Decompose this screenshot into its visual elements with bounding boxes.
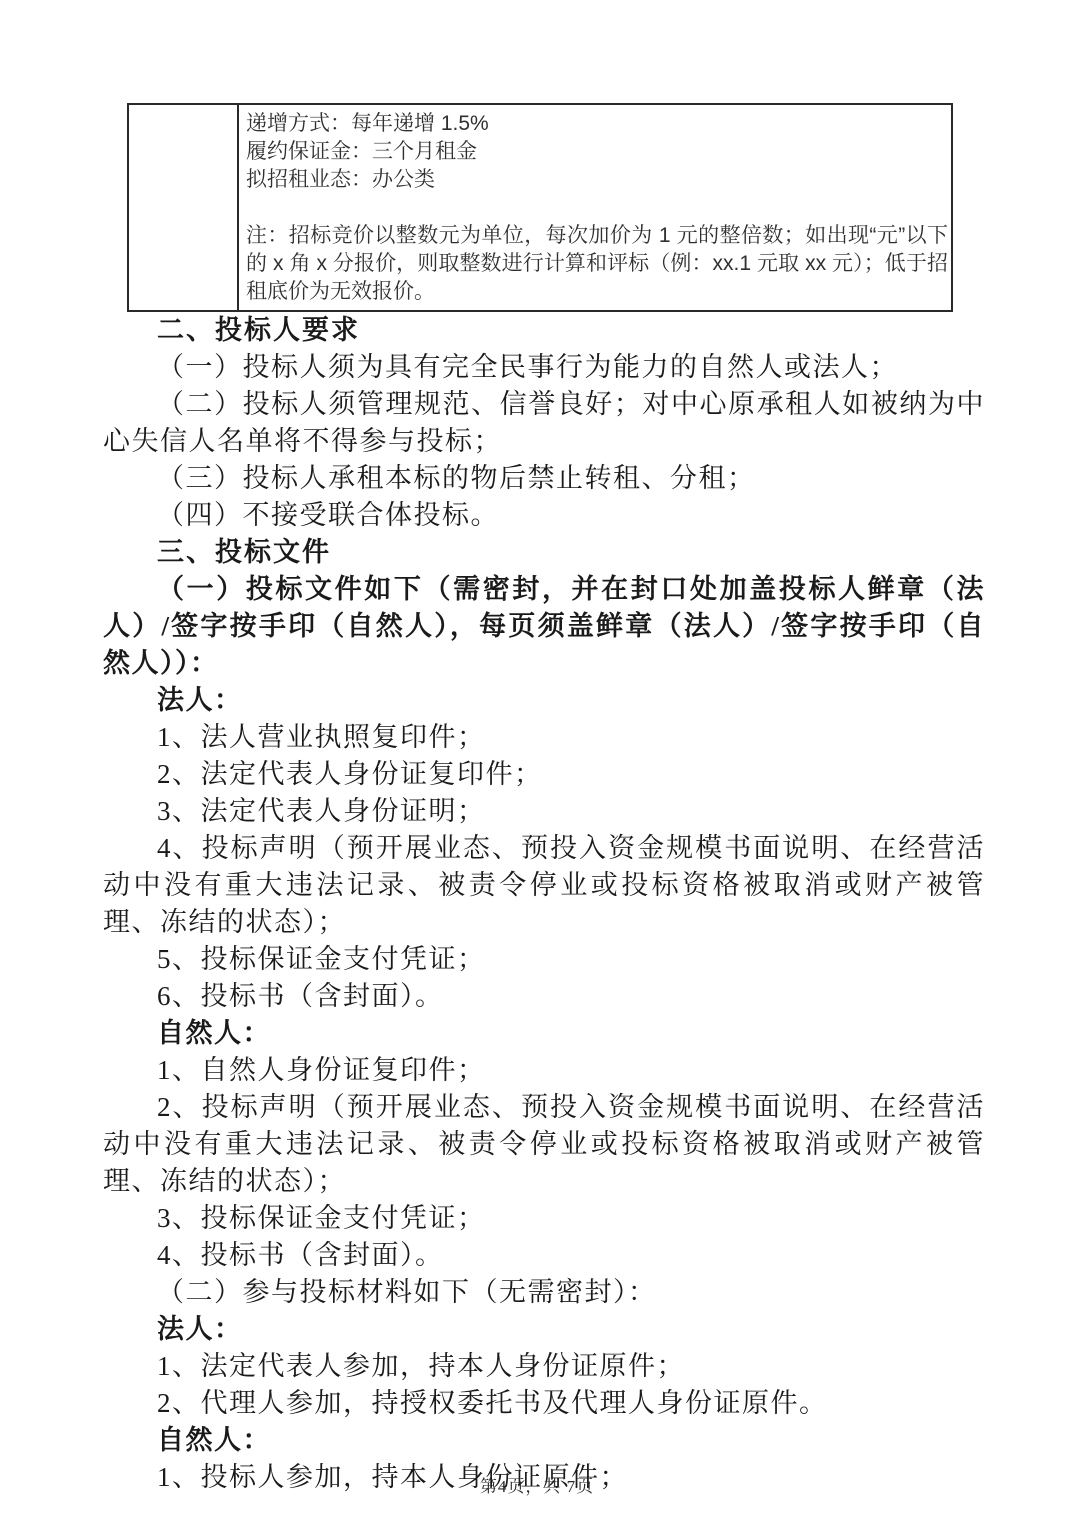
document-body: 二、投标人要求（一）投标人须为具有完全民事行为能力的自然人或法人；（二）投标人须… (103, 312, 985, 1496)
paragraph: 自然人： (103, 1015, 985, 1052)
table-term-lines: 递增方式：每年递增 1.5%履约保证金：三个月租金拟招租业态：办公类 (246, 110, 948, 194)
section-heading: 二、投标人要求 (103, 312, 985, 349)
table-term-line: 递增方式：每年递增 1.5% (246, 110, 948, 138)
table-cell-empty (128, 104, 238, 311)
paragraph: （四）不接受联合体投标。 (103, 497, 985, 534)
paragraph: 6、投标书（含封面）。 (103, 978, 985, 1015)
paragraph: 1、自然人身份证复印件； (103, 1052, 985, 1089)
paragraph: （二）投标人须管理规范、信誉良好；对中心原承租人如被纳为中心失信人名单将不得参与… (103, 386, 985, 460)
paragraph: （一）投标文件如下（需密封，并在封口处加盖投标人鲜章（法人）/签字按手印（自然人… (103, 571, 985, 682)
paragraph: 4、投标声明（预开展业态、预投入资金规模书面说明、在经营活动中没有重大违法记录、… (103, 830, 985, 941)
table-cell-terms: 递增方式：每年递增 1.5%履约保证金：三个月租金拟招租业态：办公类 注：招标竞… (238, 104, 952, 311)
paragraph: 2、代理人参加，持授权委托书及代理人身份证原件。 (103, 1385, 985, 1422)
section-heading: 三、投标文件 (103, 534, 985, 571)
paragraph: 2、法定代表人身份证复印件； (103, 756, 985, 793)
paragraph: 3、投标保证金支付凭证； (103, 1200, 985, 1237)
paragraph: 法人： (103, 1311, 985, 1348)
paragraph: 4、投标书（含封面）。 (103, 1237, 985, 1274)
paragraph: 2、投标声明（预开展业态、预投入资金规模书面说明、在经营活动中没有重大违法记录、… (103, 1089, 985, 1200)
lease-terms-table: 递增方式：每年递增 1.5%履约保证金：三个月租金拟招租业态：办公类 注：招标竞… (127, 103, 953, 312)
paragraph: （三）投标人承租本标的物后禁止转租、分租； (103, 460, 985, 497)
paragraph: 5、投标保证金支付凭证； (103, 941, 985, 978)
paragraph: 自然人： (103, 1422, 985, 1459)
paragraph: 1、法人营业执照复印件； (103, 719, 985, 756)
table-note: 注：招标竞价以整数元为单位，每次加价为 1 元的整倍数；如出现“元”以下的 x … (246, 222, 948, 306)
blank-line (246, 194, 948, 222)
paragraph: （一）投标人须为具有完全民事行为能力的自然人或法人； (103, 349, 985, 386)
paragraph: 1、法定代表人参加，持本人身份证原件； (103, 1348, 985, 1385)
table-row: 递增方式：每年递增 1.5%履约保证金：三个月租金拟招租业态：办公类 注：招标竞… (128, 104, 952, 311)
page-footer: 第4页，共 7页 (0, 1472, 1074, 1497)
document-page: 递增方式：每年递增 1.5%履约保证金：三个月租金拟招租业态：办公类 注：招标竞… (0, 0, 1074, 1520)
paragraph: （二）参与投标材料如下（无需密封）： (103, 1274, 985, 1311)
table-term-line: 拟招租业态：办公类 (246, 166, 948, 194)
paragraph: 法人： (103, 682, 985, 719)
paragraph: 3、法定代表人身份证明； (103, 793, 985, 830)
table-term-line: 履约保证金：三个月租金 (246, 138, 948, 166)
